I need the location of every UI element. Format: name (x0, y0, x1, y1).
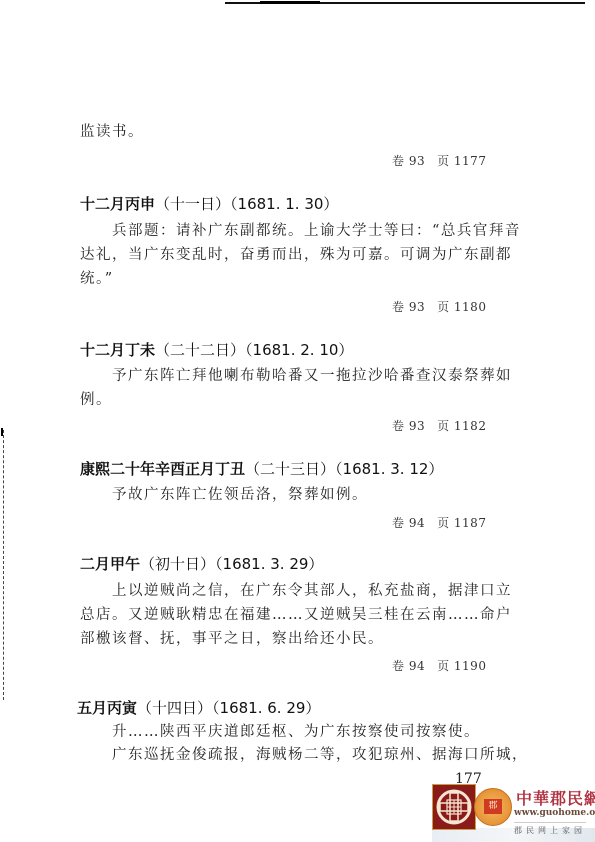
citation-page: 页 1190 (437, 659, 486, 673)
citation-volume: 卷 94 (392, 659, 425, 673)
entry-line: 广东巡抚金俊疏报，海贼杨二等，攻犯琼州、据海口所城， (80, 743, 528, 764)
entry-title: 二月甲午 (80, 555, 140, 573)
citation-volume: 卷 94 (392, 516, 425, 530)
entry-line: 例。 (80, 388, 112, 409)
citation: 卷 94页 1187 (392, 514, 486, 531)
entry-line: 予广东阵亡拜他喇布勒哈番又一拖拉沙哈番查汉泰祭葬如 (80, 364, 512, 385)
citation-volume: 卷 93 (392, 154, 425, 168)
citation-volume: 卷 93 (392, 419, 425, 433)
top-rule-accent (260, 1, 320, 4)
entry-title: 五月丙寅 (77, 699, 137, 717)
entry-day: （初十日） (140, 555, 215, 573)
entry-title: 康熙二十年辛酉正月丁丑 (80, 460, 245, 478)
entry-day: （二十二日） (155, 341, 245, 359)
entry-title: 十二月丁未 (80, 341, 155, 359)
citation-page: 页 1180 (437, 300, 486, 314)
citation-volume: 卷 93 (392, 300, 425, 314)
entry-heading: 康熙二十年辛酉正月丁丑（二十三日）（1681. 3. 12） (80, 458, 443, 479)
binding-margin-mark (1, 428, 3, 436)
citation: 卷 93页 1177 (392, 152, 486, 169)
entry-title: 十二月丙申 (80, 195, 155, 213)
entry-line: 统。” (80, 267, 114, 288)
knot-emblem-icon (432, 784, 476, 830)
logo-slogan: 郡民网上家园 (514, 822, 586, 836)
coin-emblem-icon: 郡 (474, 788, 512, 826)
entry-line: 部檄该督、抚，事平之日，察出给还小民。 (80, 627, 384, 648)
entry-heading: 二月甲午（初十日）（1681. 3. 29） (80, 553, 323, 574)
entry-line: 达礼，当广东变乱时，奋勇而出，殊为可嘉。可调为广东副都 (80, 243, 512, 264)
entry-heading: 五月丙寅（十四日）（1681. 6. 29） (77, 697, 320, 718)
entry-day: （二十三日） (245, 460, 335, 478)
entry-day: （十一日） (155, 195, 230, 213)
citation-page: 页 1177 (437, 154, 486, 168)
entry-date: （1681. 2. 10） (245, 341, 353, 359)
entry-day: （十四日） (137, 699, 212, 717)
entry-line: 总店。又逆贼耿精忠在福建……又逆贼吴三桂在云南……命户 (80, 603, 512, 624)
watermark-logo: 郡 中華郡民網 www.guohome.org 郡民网上家园 (432, 784, 595, 842)
coin-text: 郡 (484, 799, 502, 814)
entry-heading: 十二月丁未（二十二日）（1681. 2. 10） (80, 339, 353, 360)
logo-url: www.guohome.org (514, 808, 595, 818)
entry-line: 予故广东阵亡佐领岳洛，祭葬如例。 (80, 483, 368, 504)
entry-line: 升……陕西平庆道郎廷枢、为广东按察使司按察使。 (80, 720, 480, 741)
citation: 卷 93页 1182 (392, 417, 486, 434)
entry-date: （1681. 3. 29） (215, 555, 323, 573)
citation-page: 页 1182 (437, 419, 486, 433)
entry-heading: 十二月丙申（十一日）（1681. 1. 30） (80, 193, 338, 214)
entry-line: 兵部题：请补广东副都统。上谕大学士等曰：“总兵官拜音 (80, 219, 521, 240)
citation: 卷 94页 1190 (392, 657, 486, 674)
logo-title: 中華郡民網 (516, 786, 595, 809)
entry-date: （1681. 6. 29） (212, 699, 320, 717)
entry-date: （1681. 3. 12） (335, 460, 443, 478)
binding-margin-dashes (3, 430, 4, 700)
continuation-text: 监读书。 (80, 120, 144, 141)
citation: 卷 93页 1180 (392, 298, 486, 315)
entry-date: （1681. 1. 30） (230, 195, 338, 213)
citation-page: 页 1187 (437, 516, 486, 530)
entry-line: 上以逆贼尚之信，在广东令其部人，私充盐商，据津口立 (80, 579, 512, 600)
